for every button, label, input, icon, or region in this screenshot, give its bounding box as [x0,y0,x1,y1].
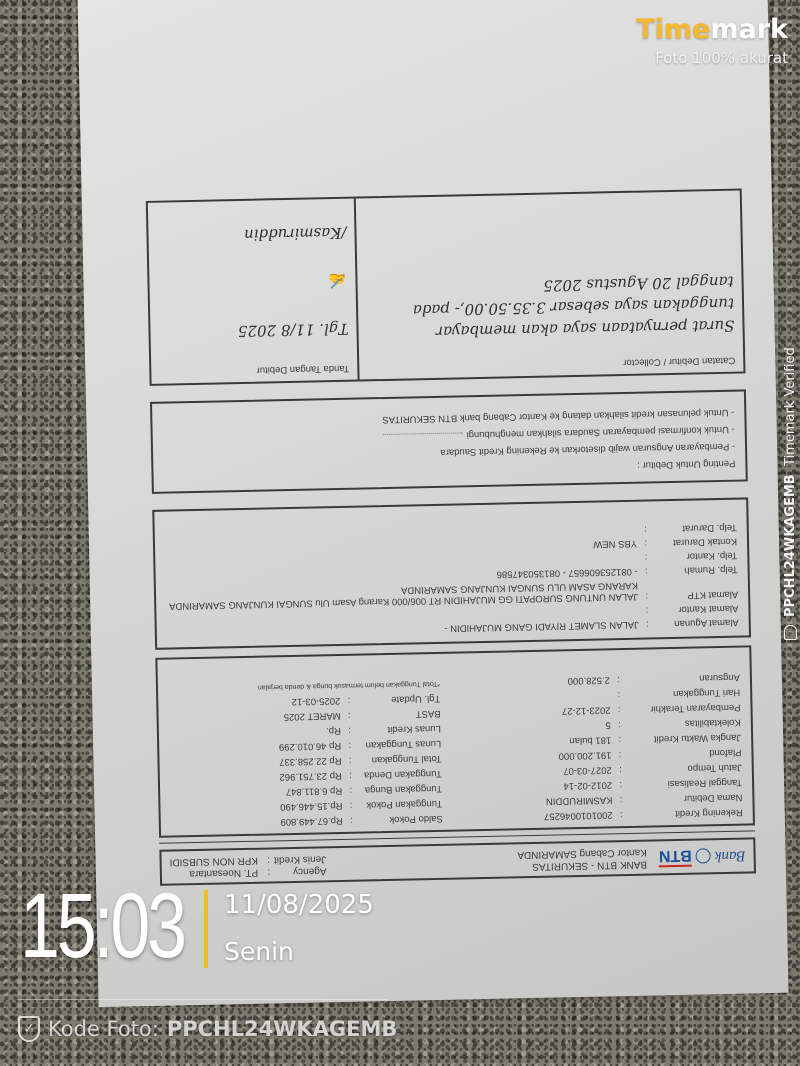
field-label: Pembayaran Terakhir [620,702,740,716]
field-value: 5 [441,719,611,734]
field-label: Telp. Rumah [648,564,738,577]
field-value: KASMIRUDDIN [442,794,612,809]
statement-header: Bank BTN BANK BTN - SEKURITAS Kantor Cab… [159,837,756,885]
field-label: Tunggakan Bunga [352,783,442,796]
field-value: Rp 6.811.847 [260,785,342,798]
field-value [440,689,610,704]
handwritten-name: /Kasmiruddin [156,219,347,251]
field-value: 2025-03-12 [258,695,340,708]
field-value: 191.200.000 [441,749,611,764]
timemark-brand: Timemark Foto 100% akurat [636,14,788,67]
field-value: 2023-12-27 [440,704,610,719]
field-label: Telp. Darurat [647,522,737,535]
field-label: Rekening Kredit [623,807,743,821]
field-label: Kolektabilitas [621,717,741,731]
field-label: Nama Debitur [622,792,742,806]
field-value: MARET 2025 [258,710,340,723]
loan-statement: Bank BTN BANK BTN - SEKURITAS Kantor Cab… [140,113,756,885]
address-grid: Alamat Agunan:JALAN SLAMET RIYADI GANG M… [165,522,739,640]
loan-details: Rekening Kredit:2001010046257Nama Debitu… [155,645,755,837]
handwritten-note: Surat pernyataan saya akan membayar tung… [365,271,734,345]
divider [18,999,388,1000]
field-label: Alamat Kantor [648,603,738,616]
field-label: Total Tunggakan [351,753,441,766]
field-label: Jatuh Tempo [622,762,742,776]
bank-emblem-icon [696,849,711,864]
field-label: Plafond [621,747,741,761]
field-label: Angsuran [620,672,740,686]
shield-check-icon: ✓ [18,1016,40,1042]
capture-date: 11/08/2025 [224,890,374,920]
field-label: Saldo Pokok [353,813,443,826]
verified-stamp: PPCHL24WKAGEMB Timemark Verified [783,300,798,640]
field-label: Tanggal Realisasi [622,777,742,791]
field-label: Kontak Darurat [647,536,737,549]
field-value: 2027-03-07 [442,764,612,779]
collector-notes-label: Catatan Debitur / Collector [367,355,735,374]
field-value: Rp 23.751.962 [260,770,342,783]
brand-tagline: Foto 100% akurat [636,49,788,67]
btn-logo: Bank BTN [659,845,746,868]
field-label: Jangka Waktu Kredit [621,732,741,746]
field-value: 2001010046257 [443,809,613,824]
handwritten-date: Tgl. 11/8 2025 [158,315,349,347]
loan-right-column: Saldo Pokok:Rp.67.449.809Tunggakan Pokok… [257,660,443,828]
field-value: 2012-02-14 [442,779,612,794]
field-label: Telp. Kantor [647,550,737,563]
field-label: Tunggakan Denda [352,768,442,781]
field-label: BAST [350,708,440,721]
photo-code: ✓ Kode Foto: PPCHL24WKAGEMB [18,1016,397,1042]
field-label: Tunggakan Pokok [352,798,442,811]
bank-name: BANK BTN - SEKURITAS Kantor Cabang SAMAR… [517,846,647,873]
notes-section: Catatan Debitur / Collector Surat pernya… [146,188,746,385]
field-value: Rp.15.446.490 [260,800,342,813]
address-section: Alamat Agunan:JALAN SLAMET RIYADI GANG M… [152,497,751,649]
blank-line [382,432,462,435]
field-label: Tgl. Update [350,693,440,706]
field-label: Lunas Tunggakan [351,738,441,751]
signature-mark: ✍ [157,267,348,299]
field-label: Hari Tunggakan [620,687,740,701]
field-label: Alamat KTP [648,578,738,602]
debtor-signature: Tanda Tangan Debitur Tgl. 11/8 2025 ✍ /K… [148,199,358,384]
agency-info: Agency:PT. Noesantara Jenis Kredit:KPR N… [169,852,326,879]
shield-icon [784,625,797,640]
capture-day: Senin [224,937,294,966]
collector-notes: Catatan Debitur / Collector Surat pernya… [354,191,744,380]
loan-left-column: Rekening Kredit:2001010046257Nama Debitu… [439,654,742,824]
field-value: Rp 46.010.299 [259,740,341,753]
field-label: Lunas Kredit [351,723,441,736]
field-value: 181 bulan [441,734,611,749]
accent-divider [204,890,208,968]
field-value: Rp 22.258.337 [259,755,341,768]
field-value: Rp. [259,725,341,738]
important-notice: Penting Untuk Debitur : - Pembayaran Ang… [150,389,748,493]
signature-label: Tanda Tangan Debitur [159,363,349,378]
footnote: *Total Tunggakan belum termasuk bunga & … [258,680,440,691]
capture-time: 15:03 [20,880,184,972]
field-value: 2.528.000 [440,674,610,689]
field-value: Rp.67.449.809 [261,815,343,828]
field-label: Alamat Agunan [649,617,739,630]
document-paper: Bank BTN BANK BTN - SEKURITAS Kantor Cab… [77,0,788,1007]
